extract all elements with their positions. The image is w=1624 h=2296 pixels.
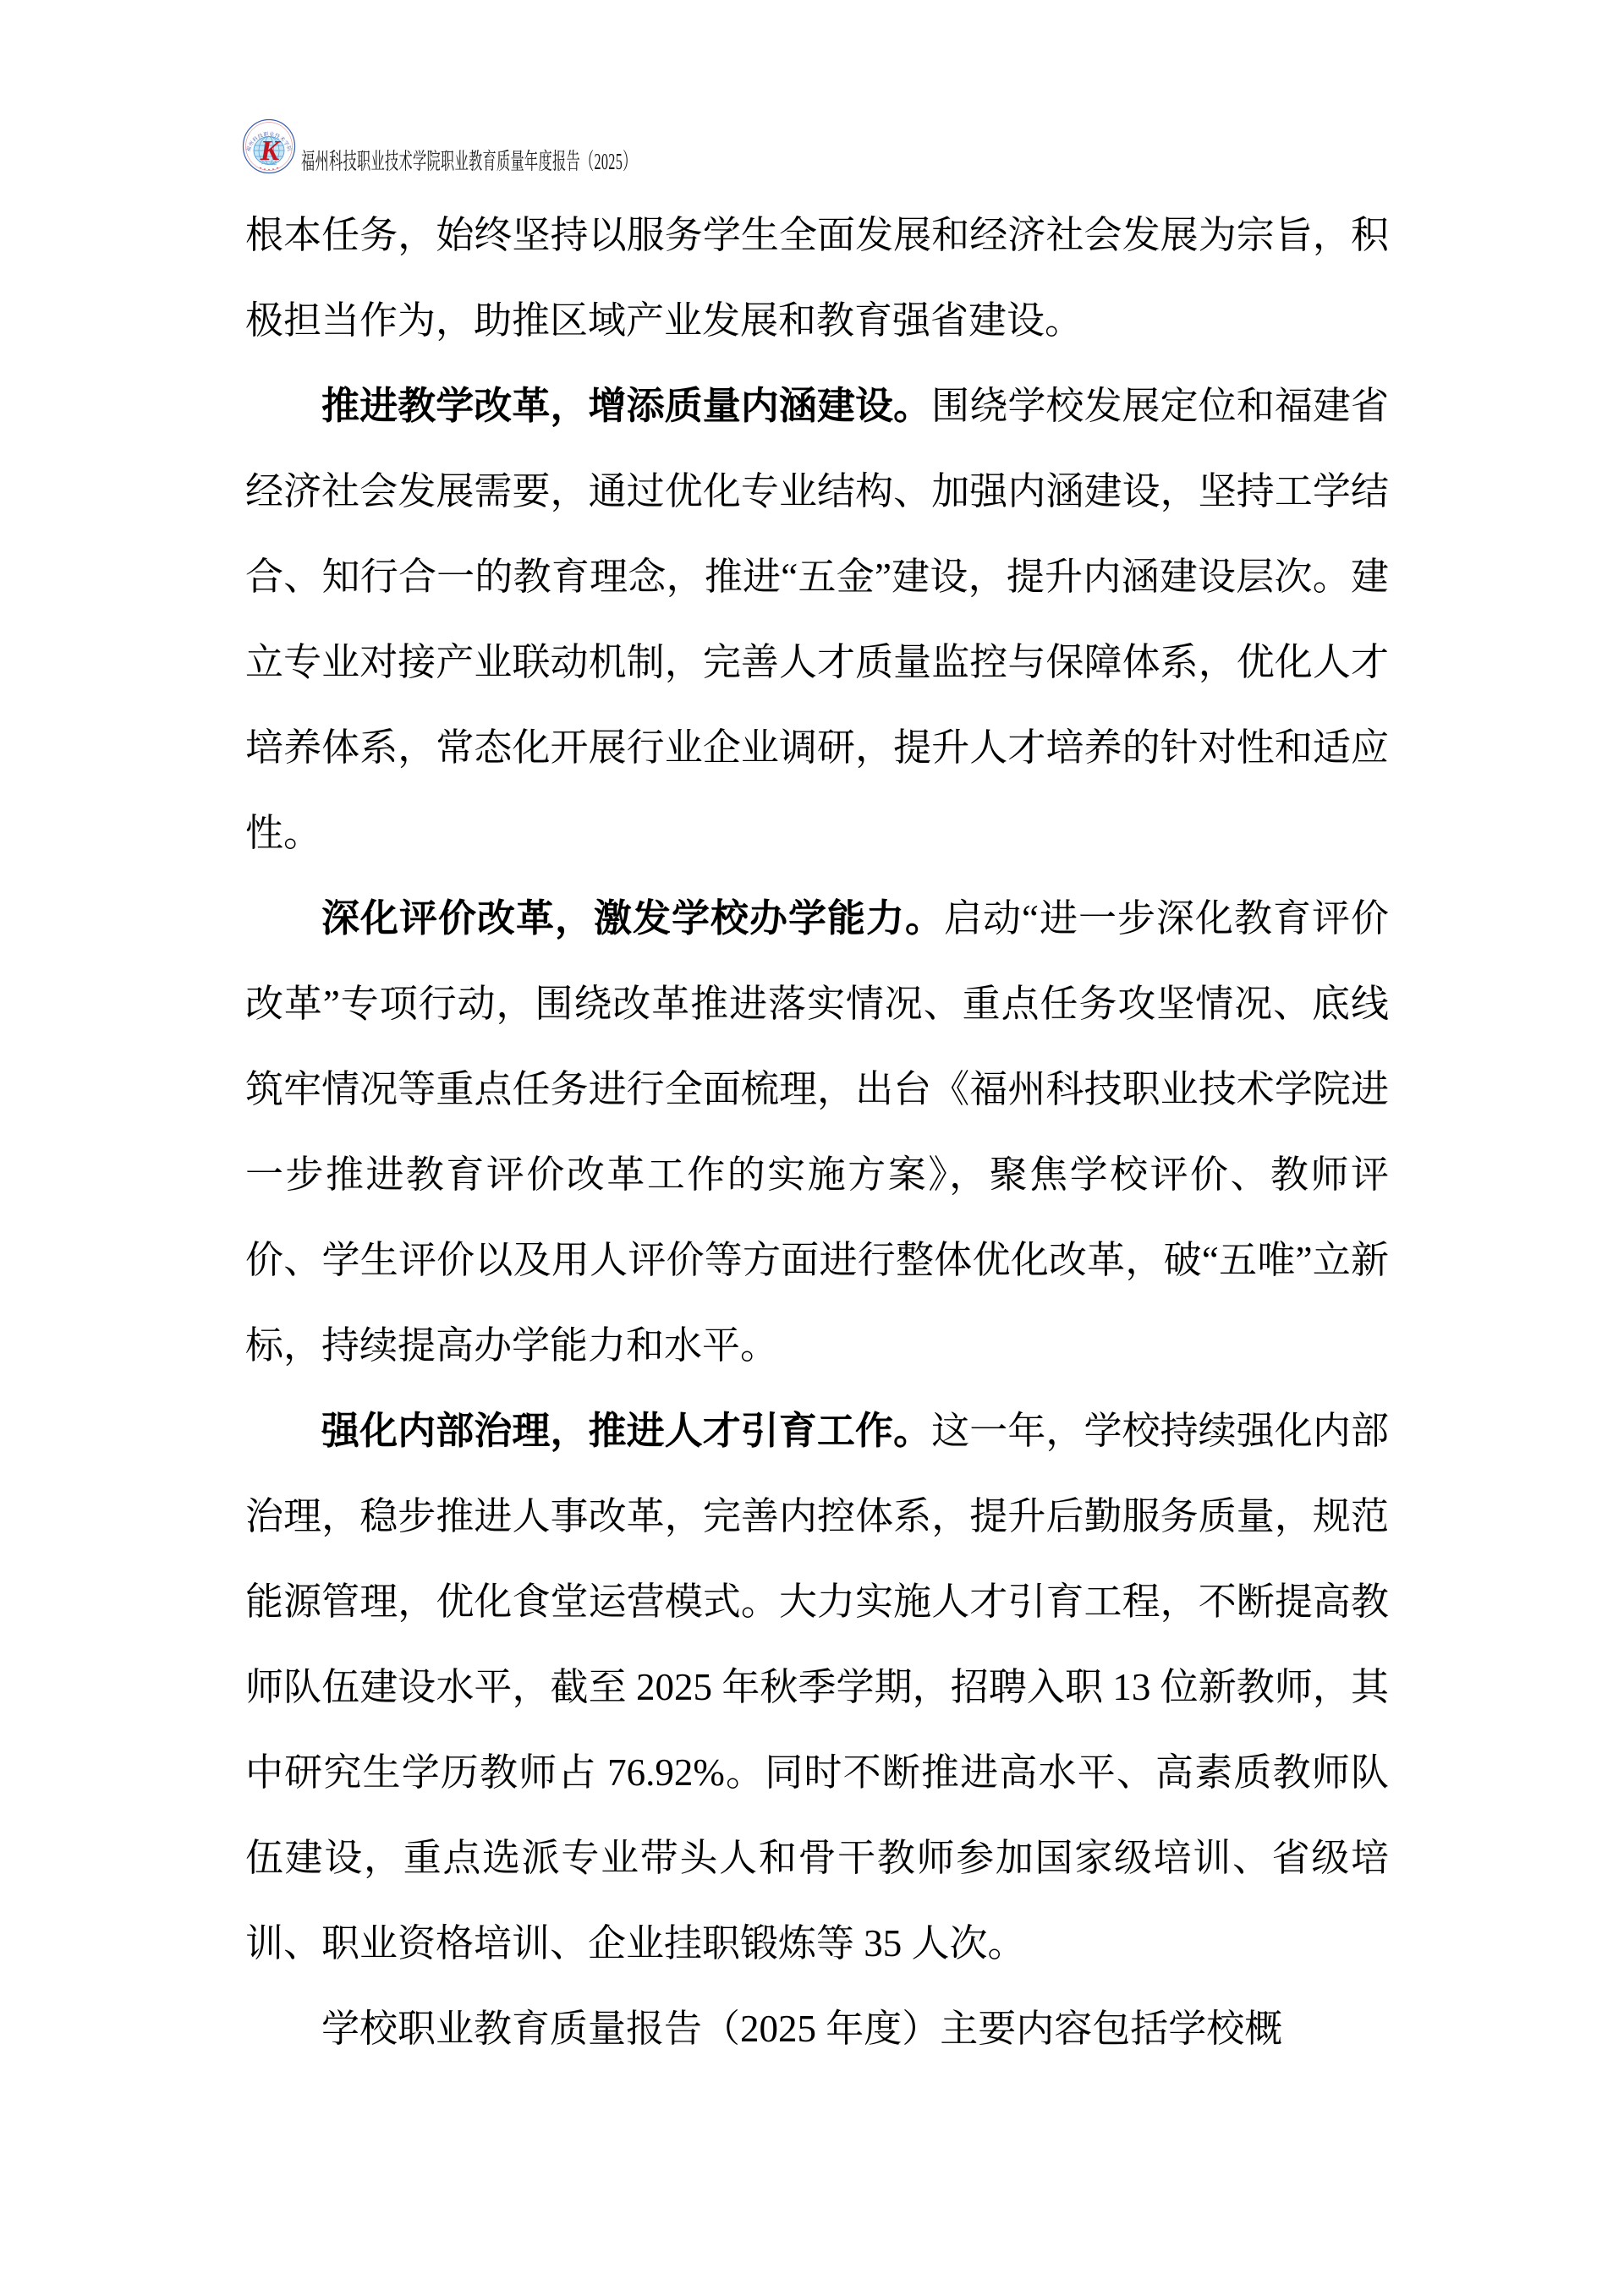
paragraph: 深化评价改革，激发学校办学能力。启动“进一步深化教育评价改革”专项行动，围绕改革… [245, 876, 1389, 1389]
paragraph: 学校职业教育质量报告（2025 年度）主要内容包括学校概 [245, 1986, 1389, 2072]
logo-monogram: K [260, 135, 282, 167]
paragraph: 强化内部治理，推进人才引育工作。这一年，学校持续强化内部治理，稳步推进人事改革，… [245, 1389, 1389, 1986]
paragraph-text: 启动“进一步深化教育评价改革”专项行动，围绕改革推进落实情况、重点任务攻坚情况、… [245, 897, 1389, 1367]
header-title: 福州科技职业技术学院职业教育质量年度报告（2025） [301, 151, 637, 173]
paragraph: 推进教学改革，增添质量内涵建设。围绕学校发展定位和福建省经济社会发展需要，通过优… [245, 364, 1389, 876]
paragraph-lead: 深化评价改革，激发学校办学能力。 [321, 897, 944, 940]
school-logo-icon: 福州科技职业技术学院 K [242, 118, 296, 174]
paragraph-text: 这一年，学校持续强化内部治理，稳步推进人事改革，完善内控体系，提升后勤服务质量，… [245, 1410, 1389, 1964]
paragraph-lead: 推进教学改革，增添质量内涵建设。 [321, 385, 931, 427]
paragraph: 根本任务，始终坚持以服务学生全面发展和经济社会发展为宗旨，积极担当作为，助推区域… [245, 193, 1389, 364]
paragraph-lead: 强化内部治理，推进人才引育工作。 [321, 1410, 931, 1452]
paragraph-text: 根本任务，始终坚持以服务学生全面发展和经济社会发展为宗旨，积极担当作为，助推区域… [245, 214, 1389, 342]
paragraph-text: 围绕学校发展定位和福建省经济社会发展需要，通过优化专业结构、加强内涵建设，坚持工… [245, 385, 1389, 854]
report-page: 福州科技职业技术学院 K 福州科技职业技术学院职业教育质量年度报告（2025） … [0, 0, 1624, 2296]
document-body: 根本任务，始终坚持以服务学生全面发展和经济社会发展为宗旨，积极担当作为，助推区域… [245, 193, 1389, 2072]
paragraph-text: 学校职业教育质量报告（2025 年度）主要内容包括学校概 [321, 2008, 1282, 2050]
